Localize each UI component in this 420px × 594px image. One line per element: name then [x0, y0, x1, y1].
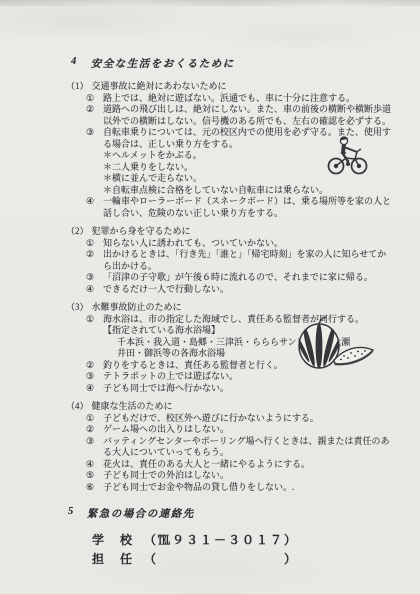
item-text: ゲーム場への出入りはしない。 [103, 424, 394, 436]
list-item: ⑥ 子ども同士でお金や物品の貸し借りをしない。. [86, 482, 394, 494]
teacher-phone-blank: （ ） [144, 550, 298, 569]
item-number: ⑥ [86, 482, 103, 494]
list-item: ② 道路への飛び出しは、絶対にしない。また、車の前後の横断や横断歩道以外での横断… [86, 104, 394, 127]
school-contact-row: 学 校 （℡９３１－３０１７） [92, 531, 394, 550]
item-text: 子どもだけで、校区外へ遊びに行かないようにする。 [103, 413, 394, 425]
item-number: ② [86, 249, 103, 272]
item-number: ③ [86, 127, 103, 196]
subsection-2-items: ① 知らない人に誘われても、ついていかない。 ② 出かけるときは、「行き先」「誰… [86, 238, 394, 296]
item-number: ④ [86, 284, 103, 296]
school-phone-value: （℡９３１－３０１７） [144, 531, 298, 550]
item-number: ③ [86, 272, 103, 284]
section4-title-row: 4 安全な生活をおくるために [71, 56, 394, 71]
item-text: 一輪車やローラーボード（スネークボード）は、乗る場所等を家の人と話し合い、危険の… [103, 196, 394, 219]
subsection-3-label: （3） [66, 302, 89, 314]
list-item: ④ 花火は、責任のある大人と一緒にやるようにする。 [86, 459, 394, 471]
item-text: 子ども同士では海へ行かない。 [103, 383, 394, 395]
school-contact-label: 学 校 [92, 531, 144, 550]
item-number: ① [86, 238, 103, 250]
list-item: ② 出かけるときは、「行き先」「誰と」「帰宅時刻」を家の人に知らせてから出かける… [86, 249, 394, 272]
item-text: 子ども同士での外泊はしない。 [103, 470, 394, 482]
scanned-document-page: 4 安全な生活をおくるために （1） 交通事故に絶対にあわないために ① 路上で… [0, 0, 420, 594]
list-item: ③ バッティングセンターやボーリング場へ行くときは、親または責任のある大人につい… [86, 436, 394, 459]
item-number: ④ [86, 196, 103, 219]
subsection-1-label: （1） [66, 81, 89, 93]
section5-number: 5 [68, 506, 75, 521]
list-item: ③ 「沼津の子守歌」が午後６時に流れるので、それまでに家に帰る。 [86, 272, 394, 284]
subsection-2-heading: 犯罪から身を守るために [92, 226, 191, 238]
item-number: ① [86, 93, 103, 105]
item-number: ⑤ [86, 470, 103, 482]
list-item: ④ 子ども同士では海へ行かない。 [86, 383, 394, 395]
item-text: 道路への飛び出しは、絶対にしない。また、車の前後の横断や横断歩道以外での横断はし… [103, 104, 394, 127]
item-text: テトラポットの上では遊ばない。 [103, 371, 394, 383]
section4-title: 安全な生活をおくるために [91, 56, 235, 71]
item-text: 路上では、絶対に遊ばない。浜通でも、車に十分に注意する。 [103, 93, 394, 105]
list-item: ② ゲーム場への出入りはしない。 [86, 424, 394, 436]
item-text: 知らない人に誘われても、ついていかない。 [103, 238, 394, 250]
item-text: 子ども同士でお金や物品の貸し借りをしない。. [103, 482, 394, 494]
list-item: ⑤ 子ども同士での外泊はしない。 [86, 470, 394, 482]
list-item: ③ テトラポットの上では遊ばない。 [86, 371, 394, 383]
subsection-3-heading: 水難事故防止のために [92, 302, 182, 314]
item-number: ② [86, 424, 103, 436]
watermelon-icon [296, 313, 376, 371]
subsection-4-heading: 健康な生活のために [92, 401, 173, 413]
list-item: ④ できるだけ一人で行動しない。 [86, 284, 394, 296]
item-number: ④ [86, 459, 103, 471]
subsection-1-heading: 交通事故に絶対にあわないために [92, 81, 227, 93]
section5-title-row: 5 緊急の場合の連絡先 [68, 506, 394, 521]
scan-noise-band [0, 0, 420, 6]
section4-number: 4 [71, 56, 78, 71]
subsection-1-heading-row: （1） 交通事故に絶対にあわないために [66, 81, 394, 93]
bicycle-rule-note: ＊自転車点検に合格をしていない自転車には乗らない。 [103, 185, 394, 197]
list-item: ④ 一輪車やローラーボード（スネークボード）は、乗る場所等を家の人と話し合い、危… [86, 196, 394, 219]
item-number: ③ [86, 371, 103, 383]
item-text: 「沼津の子守歌」が午後６時に流れるので、それまでに家に帰る。 [103, 272, 394, 284]
bicycle-rider-icon [326, 133, 370, 177]
list-item: ① 知らない人に誘われても、ついていかない。 [86, 238, 394, 250]
subsection-4-label: （4） [66, 401, 89, 413]
section5-title: 緊急の場合の連絡先 [87, 506, 195, 521]
item-number: ③ [86, 436, 103, 459]
subsection-3-heading-row: （3） 水難事故防止のために [66, 302, 394, 314]
item-number: ② [86, 360, 103, 372]
item-text: 出かけるときは、「行き先」「誰と」「帰宅時刻」を家の人に知らせてから出かける。 [103, 249, 394, 272]
subsection-4-heading-row: （4） 健康な生活のために [66, 401, 394, 413]
subsection-2-label: （2） [66, 226, 89, 238]
list-item: ① 路上では、絶対に遊ばない。浜通でも、車に十分に注意する。 [86, 93, 394, 105]
list-item: ① 子どもだけで、校区外へ遊びに行かないようにする。 [86, 413, 394, 425]
item-number: ② [86, 104, 103, 127]
item-number: ④ [86, 383, 103, 395]
subsection-4-items: ① 子どもだけで、校区外へ遊びに行かないようにする。 ② ゲーム場への出入りはし… [86, 413, 394, 494]
emergency-contacts: 学 校 （℡９３１－３０１７） 担 任 （ ） [92, 531, 394, 569]
teacher-contact-row: 担 任 （ ） [92, 550, 394, 569]
item-number: ① [86, 314, 103, 360]
item-text: 花火は、責任のある大人と一緒にやるようにする。 [103, 459, 394, 471]
item-text: できるだけ一人で行動しない。 [103, 284, 394, 296]
subsection-2-heading-row: （2） 犯罪から身を守るために [66, 226, 394, 238]
teacher-contact-label: 担 任 [92, 550, 144, 569]
item-number: ① [86, 413, 103, 425]
item-text: バッティングセンターやボーリング場へ行くときは、親または責任のある大人についてい… [103, 436, 394, 459]
